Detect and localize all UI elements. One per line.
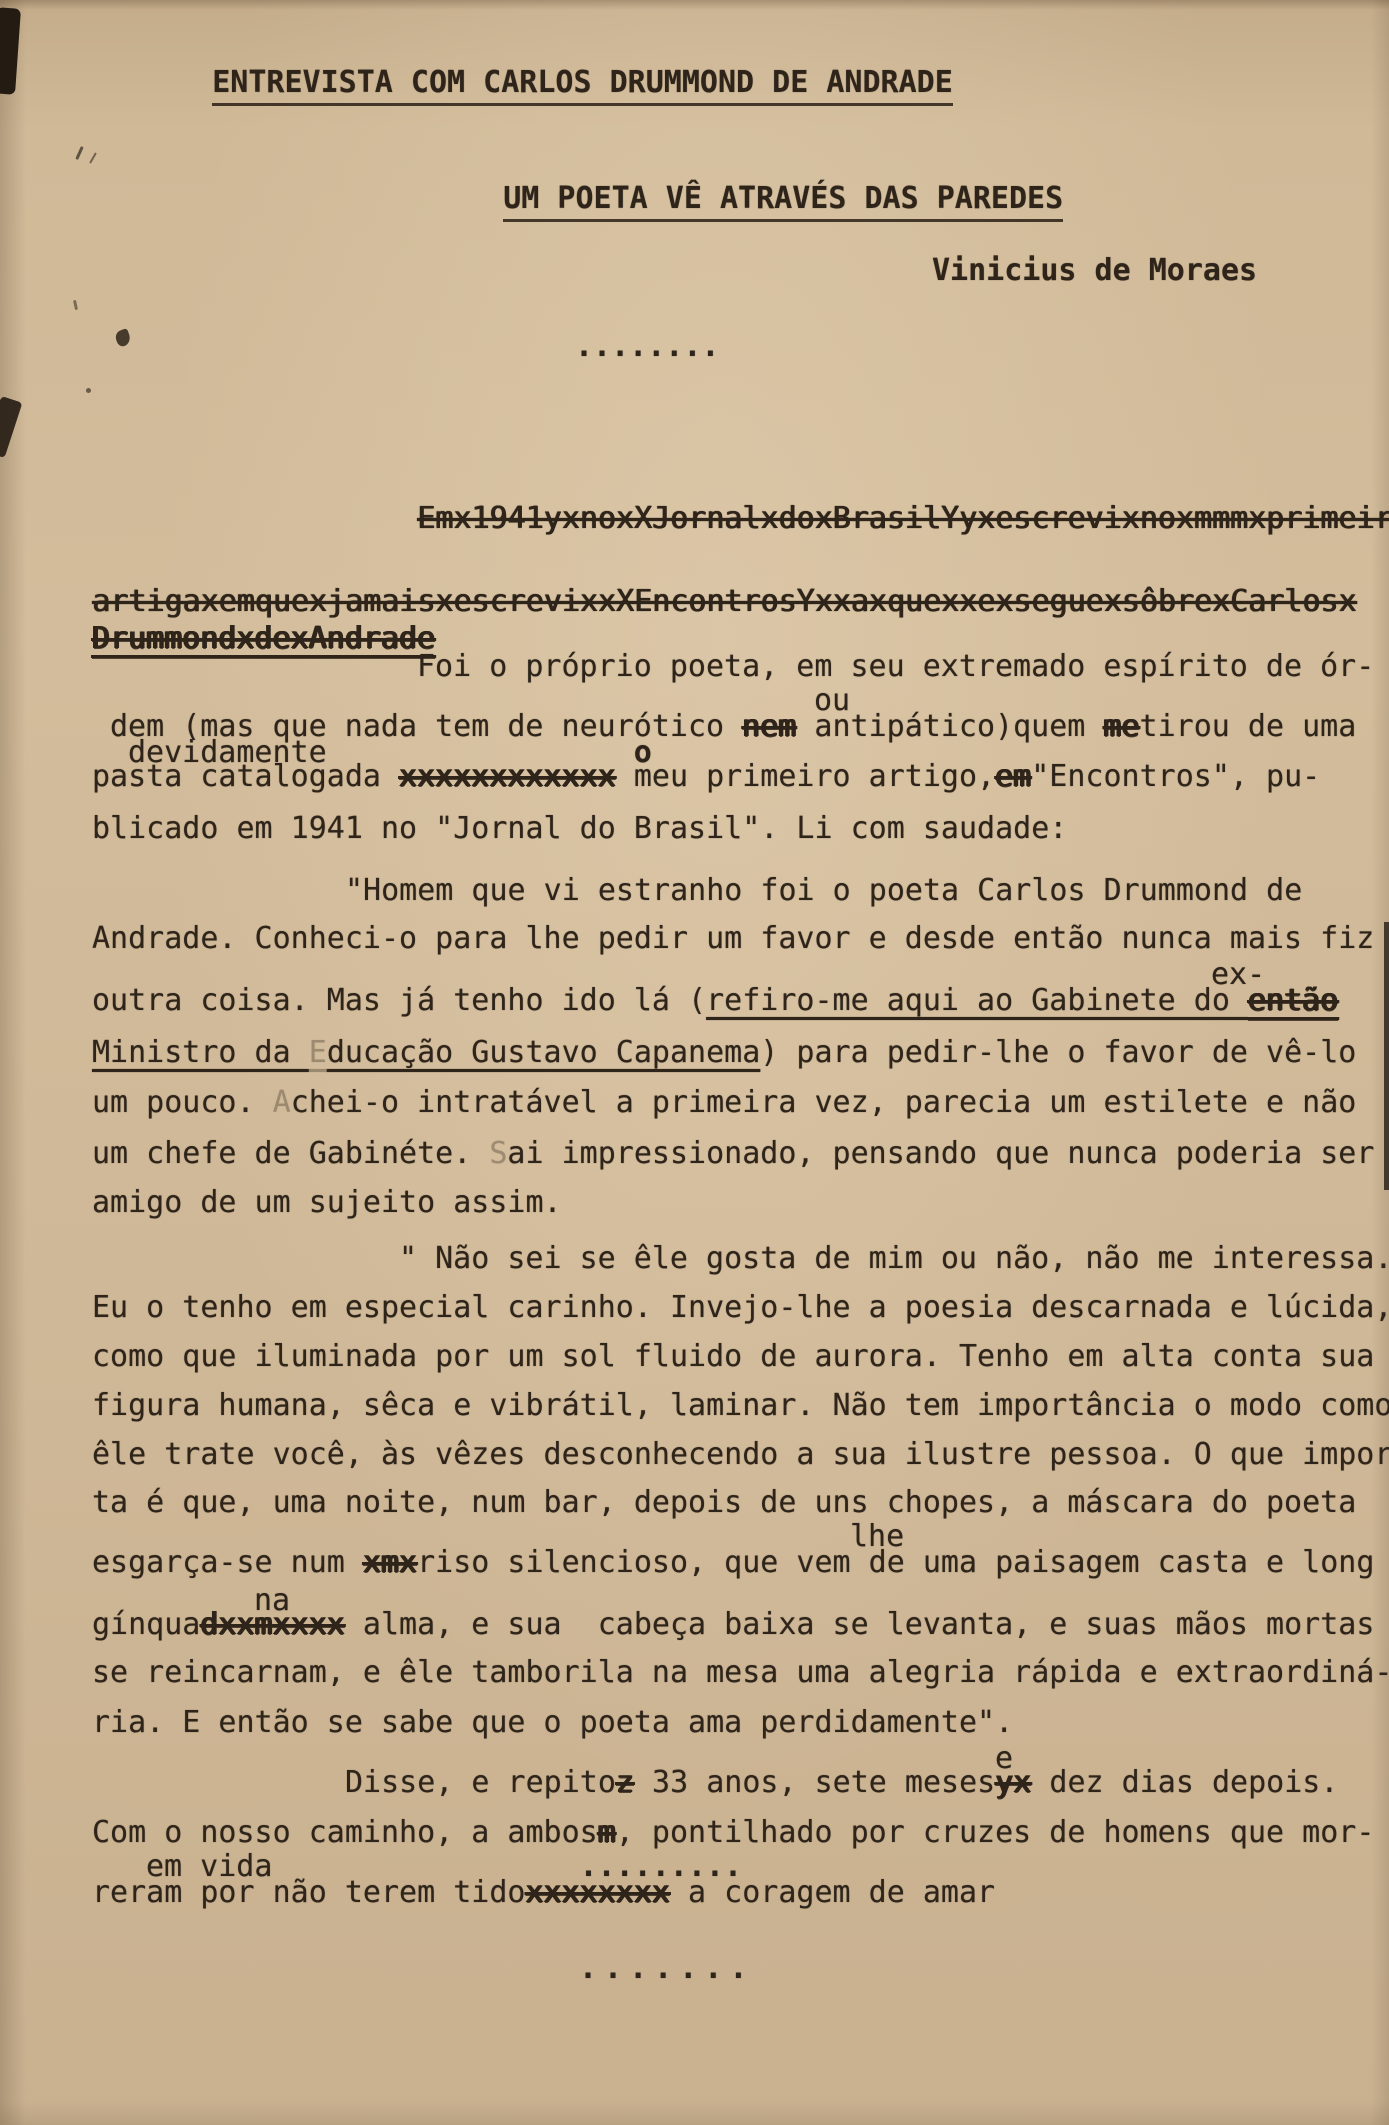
scan-artifact-edge-mark (0, 396, 22, 458)
typed-line: ta é que, uma noite, num bar, depois de … (92, 1486, 1356, 1520)
typed-line: Com o nosso caminho, a ambosm, pontilhad… (92, 1816, 1374, 1850)
typed-line: DrummondxdexAndrade (92, 622, 435, 656)
typed-line: figura humana, sêca e vibrátil, laminar.… (92, 1389, 1389, 1423)
typed-line: Eu o tenho em especial carinho. Invejo-l… (92, 1291, 1389, 1325)
typed-line: blicado em 1941 no "Jornal do Brasil". L… (92, 812, 1067, 846)
typed-line: um pouco. Achei-o intratável a primeira … (92, 1086, 1356, 1120)
typed-line: êle trate você, às vêzes desconhecendo a… (92, 1438, 1389, 1472)
typed-line: como que iluminada por um sol fluido de … (92, 1340, 1374, 1374)
scan-artifact-binder-mark (0, 7, 21, 94)
separator-dots: ........ (575, 330, 720, 364)
typed-line: "Homem que vi estranho foi o poeta Carlo… (345, 874, 1302, 908)
typed-line: ria. E então se sabe que o poeta ama per… (92, 1706, 1013, 1740)
typed-line: Foi o próprio poeta, em seu extremado es… (417, 650, 1374, 684)
typed-line: esgarça-se num xmxriso silencioso, que v… (92, 1546, 1374, 1580)
document-page: ENTREVISTA COM CARLOS DRUMMOND DE ANDRAD… (0, 0, 1389, 2125)
pen-mark (75, 146, 83, 160)
typed-line: um chefe de Gabinéte. Sai impressionado,… (92, 1137, 1374, 1171)
typed-line: gínquadxxmxxxx alma, e sua cabeça baixa … (92, 1608, 1374, 1642)
typed-line: amigo de um sujeito assim. (92, 1186, 562, 1220)
typed-line: Andrade. Conheci-o para lhe pedir um fav… (92, 922, 1374, 956)
typed-line: reram por não terem tidoxxxxxxxx a corag… (92, 1876, 995, 1910)
typed-line: Emx1941yxnoxXJornalxdoxBrasilYyxescrevix… (417, 502, 1389, 536)
typed-line: Disse, e repitoz 33 anos, sete mesesyx d… (345, 1766, 1338, 1800)
document-subtitle: UM POETA VÊ ATRAVÉS DAS PAREDES (431, 148, 1063, 250)
typed-line: se reincarnam, e êle tamborila na mesa u… (92, 1656, 1389, 1690)
title-text: ENTREVISTA COM CARLOS DRUMMOND DE ANDRAD… (212, 65, 953, 106)
typed-line: " Não sei se êle gosta de mim ou não, nã… (399, 1242, 1389, 1276)
typed-line: Ministro da Educação Gustavo Capanema) p… (92, 1036, 1356, 1070)
subtitle-text: UM POETA VÊ ATRAVÉS DAS PAREDES (503, 181, 1063, 222)
pen-mark (89, 152, 97, 163)
pen-mark (86, 388, 91, 393)
typed-line: artigaxemquexjamaisxescrevixxXEncontrosY… (92, 585, 1356, 619)
scan-artifact-right-edge (1384, 922, 1389, 1190)
document-title: ENTREVISTA COM CARLOS DRUMMOND DE ANDRAD… (140, 32, 953, 134)
typed-line: outra coisa. Mas já tenho ido lá (refiro… (92, 984, 1338, 1018)
typed-line: ....... (579, 1952, 754, 1986)
typed-line: pasta catalogada xxxxxxxxxxxx meu primei… (92, 760, 1320, 794)
byline-author: Vinicius de Moraes (932, 254, 1257, 288)
pen-mark (73, 300, 78, 310)
pen-mark (114, 328, 133, 348)
